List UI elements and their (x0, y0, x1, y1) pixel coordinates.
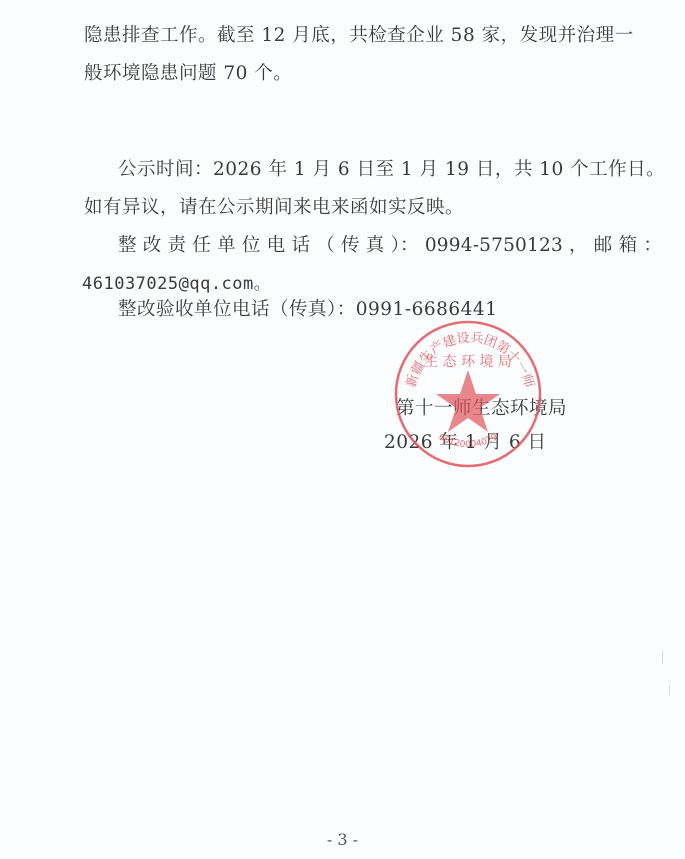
scan-artifact (662, 650, 663, 664)
official-seal-icon: 新疆生产建设兵团第十一师 生 态 环 境 局 66120004029 (392, 318, 544, 470)
page-number: - 3 - (0, 830, 685, 849)
paragraph-line-2: 般环境隐患问题 70 个。 (84, 62, 292, 86)
document-page: 隐患排查工作。截至 12 月底，共检查企业 58 家，发现并治理一 般环境隐患问… (0, 0, 685, 859)
rectification-email: 461037025@qq.com。 (82, 272, 271, 296)
scan-artifact (669, 685, 670, 695)
paragraph-line-1: 隐患排查工作。截至 12 月底，共检查企业 58 家，发现并治理一 (84, 24, 634, 48)
svg-text:生 态 环 境 局: 生 态 环 境 局 (424, 353, 512, 370)
svg-text:66120004029: 66120004029 (437, 432, 500, 450)
notice-period-line-2: 如有异议，请在公示期间来电来函如实反映。 (84, 196, 464, 220)
rectification-contact-line-1: 整 改 责 任 单 位 电 话 （ 传 真 ）： 0994-5750123 ， … (118, 234, 662, 258)
notice-period-line-1: 公示时间：2026 年 1 月 6 日至 1 月 19 日，共 10 个工作日。 (118, 158, 665, 182)
